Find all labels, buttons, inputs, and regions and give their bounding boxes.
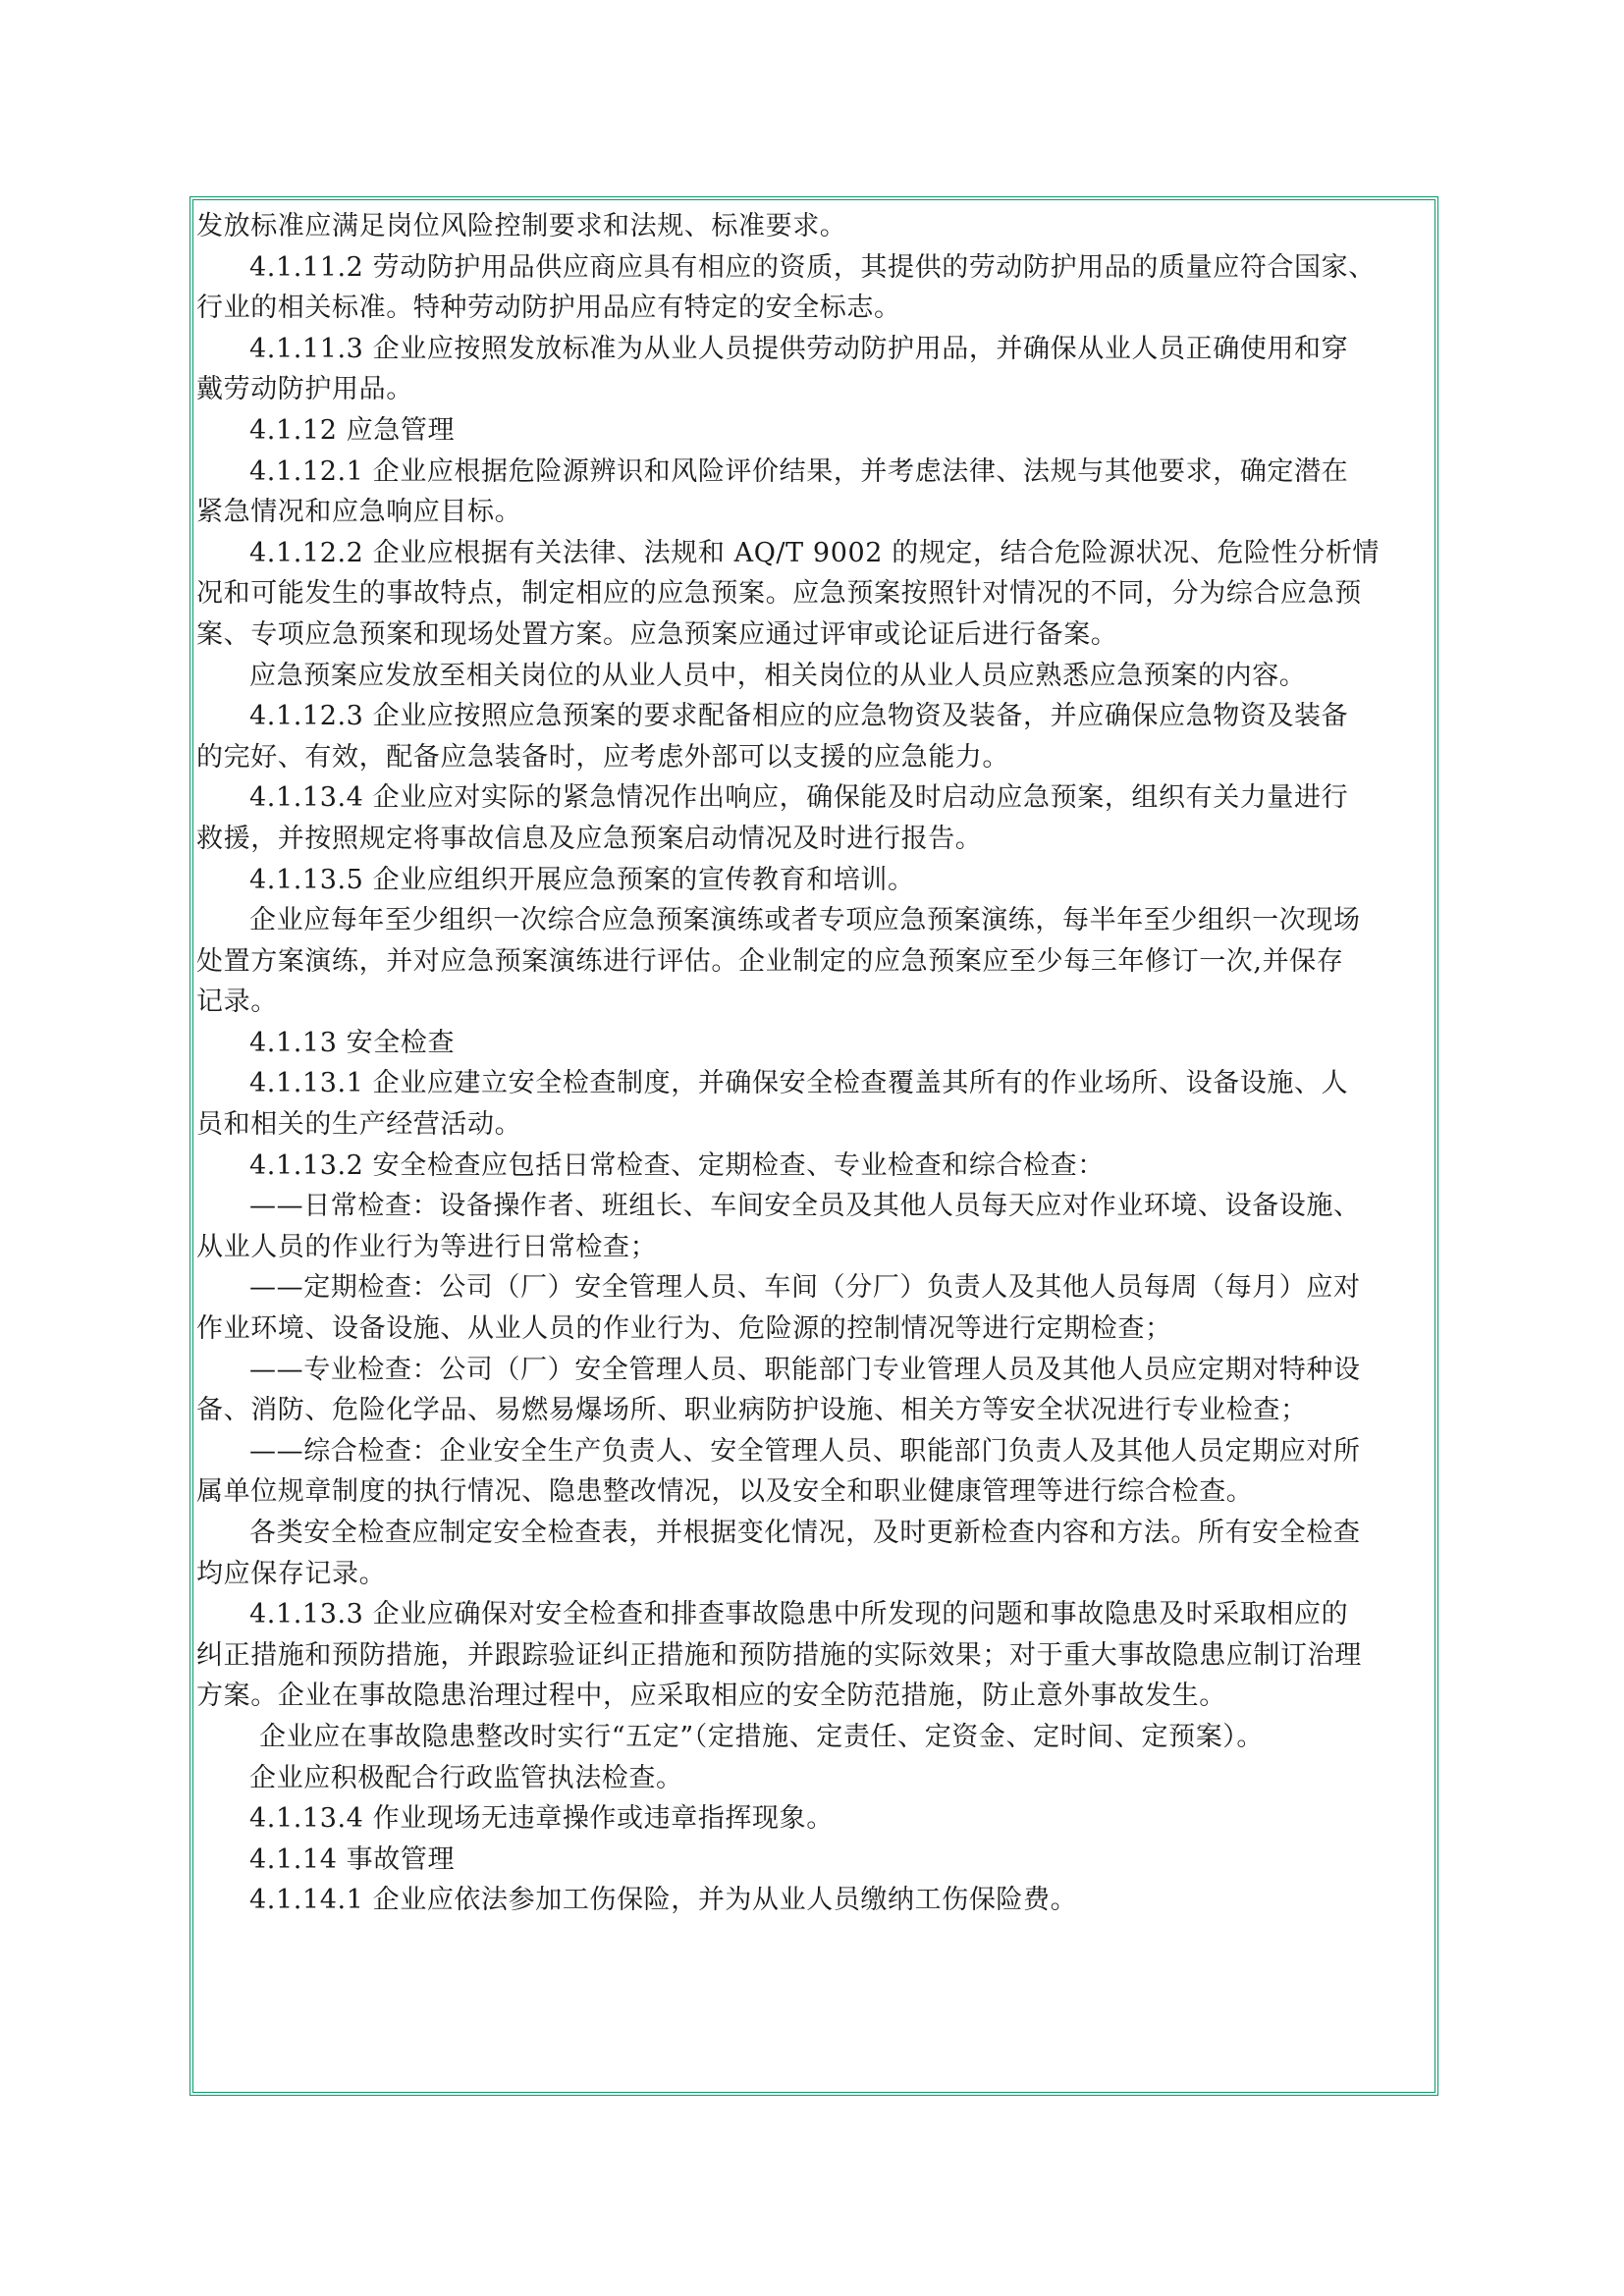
paragraph-line: ——定期检查：公司（厂）安全管理人员、车间（分厂）负责人及其他人员每周（每月）应… <box>196 1267 1430 1308</box>
paragraph-line: 4.1.13.1 企业应建立安全检查制度，并确保安全检查覆盖其所有的作业场所、设… <box>196 1063 1430 1104</box>
paragraph-line: 案、专项应急预案和现场处置方案。应急预案应通过评审或论证后进行备案。 <box>196 614 1430 656</box>
paragraph-line: 救援，并按照规定将事故信息及应急预案启动情况及时进行报告。 <box>196 819 1430 860</box>
paragraph-line: 4.1.12.1 企业应根据危险源辨识和风险评价结果，并考虑法律、法规与其他要求… <box>196 452 1430 493</box>
paragraph-line: 行业的相关标准。特种劳动防护用品应有特定的安全标志。 <box>196 288 1430 329</box>
paragraph-line: 员和相关的生产经营活动。 <box>196 1104 1430 1146</box>
paragraph-line: 4.1.11.3 企业应按照发放标准为从业人员提供劳动防护用品，并确保从业人员正… <box>196 329 1430 370</box>
paragraph-line: 4.1.12.2 企业应根据有关法律、法规和 AQ/T 9002 的规定，结合危… <box>196 533 1430 574</box>
paragraph-line: 均应保存记录。 <box>196 1554 1430 1595</box>
paragraph-line: 记录。 <box>196 982 1430 1023</box>
paragraph-line: 发放标准应满足岗位风险控制要求和法规、标准要求。 <box>196 206 1430 247</box>
paragraph-line: 4.1.13 安全检查 <box>196 1023 1430 1064</box>
paragraph-line: 作业环境、设备设施、从业人员的作业行为、危险源的控制情况等进行定期检查； <box>196 1308 1430 1350</box>
paragraph-line: 况和可能发生的事故特点，制定相应的应急预案。应急预案按照针对情况的不同，分为综合… <box>196 573 1430 614</box>
paragraph-line: 企业应积极配合行政监管执法检查。 <box>196 1758 1430 1799</box>
paragraph-line: ——日常检查：设备操作者、班组长、车间安全员及其他人员每天应对作业环境、设备设施… <box>196 1186 1430 1227</box>
paragraph-line: ——专业检查：公司（厂）安全管理人员、职能部门专业管理人员及其他人员应定期对特种… <box>196 1350 1430 1391</box>
paragraph-line: 4.1.12.3 企业应按照应急预案的要求配备相应的应急物资及装备，并应确保应急… <box>196 696 1430 737</box>
paragraph-line: 4.1.13.2 安全检查应包括日常检查、定期检查、专业检查和综合检查： <box>196 1146 1430 1187</box>
paragraph-line: 4.1.13.5 企业应组织开展应急预案的宣传教育和培训。 <box>196 860 1430 901</box>
paragraph-line: 属单位规章制度的执行情况、隐患整改情况，以及安全和职业健康管理等进行综合检查。 <box>196 1471 1430 1513</box>
paragraph-line: 4.1.12 应急管理 <box>196 410 1430 452</box>
paragraph-line: 4.1.13.4 作业现场无违章操作或违章指挥现象。 <box>196 1798 1430 1840</box>
paragraph-line: 4.1.13.4 企业应对实际的紧急情况作出响应，确保能及时启动应急预案，组织有… <box>196 777 1430 819</box>
paragraph-line: 的完好、有效，配备应急装备时，应考虑外部可以支援的应急能力。 <box>196 737 1430 778</box>
paragraph-line: 4.1.14 事故管理 <box>196 1840 1430 1881</box>
paragraph-line: 紧急情况和应急响应目标。 <box>196 492 1430 533</box>
paragraph-line: 企业应每年至少组织一次综合应急预案演练或者专项应急预案演练，每半年至少组织一次现… <box>196 900 1430 941</box>
paragraph-line: 方案。企业在事故隐患治理过程中，应采取相应的安全防范措施，防止意外事故发生。 <box>196 1676 1430 1717</box>
document-body: 发放标准应满足岗位风险控制要求和法规、标准要求。4.1.11.2 劳动防护用品供… <box>196 206 1430 1921</box>
paragraph-line: ——综合检查：企业安全生产负责人、安全管理人员、职能部门负责人及其他人员定期应对… <box>196 1431 1430 1472</box>
paragraph-line: 4.1.13.3 企业应确保对安全检查和排查事故隐患中所发现的问题和事故隐患及时… <box>196 1594 1430 1635</box>
paragraph-line: 戴劳动防护用品。 <box>196 369 1430 410</box>
paragraph-line: 从业人员的作业行为等进行日常检查； <box>196 1227 1430 1268</box>
paragraph-line: 企业应在事故隐患整改时实行“五定”（定措施、定责任、定资金、定时间、定预案）。 <box>196 1717 1430 1758</box>
paragraph-line: 处置方案演练，并对应急预案演练进行评估。企业制定的应急预案应至少每三年修订一次,… <box>196 941 1430 983</box>
paragraph-line: 备、消防、危险化学品、易燃易爆场所、职业病防护设施、相关方等安全状况进行专业检查… <box>196 1390 1430 1431</box>
paragraph-line: 4.1.14.1 企业应依法参加工伤保险，并为从业人员缴纳工伤保险费。 <box>196 1880 1430 1921</box>
paragraph-line: 纠正措施和预防措施，并跟踪验证纠正措施和预防措施的实际效果；对于重大事故隐患应制… <box>196 1635 1430 1677</box>
paragraph-line: 各类安全检查应制定安全检查表，并根据变化情况，及时更新检查内容和方法。所有安全检… <box>196 1513 1430 1554</box>
paragraph-line: 4.1.11.2 劳动防护用品供应商应具有相应的资质，其提供的劳动防护用品的质量… <box>196 247 1430 289</box>
paragraph-line: 应急预案应发放至相关岗位的从业人员中，相关岗位的从业人员应熟悉应急预案的内容。 <box>196 656 1430 697</box>
